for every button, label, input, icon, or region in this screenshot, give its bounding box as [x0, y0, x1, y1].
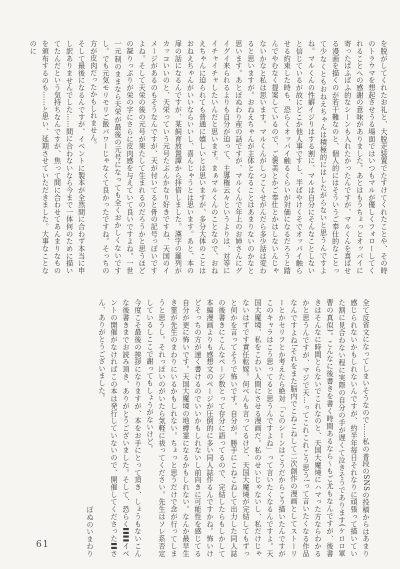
- author-signature: ぽぬのいまわり: [84, 299, 96, 557]
- afterword-paragraph: 今度こそ最後の挨拶になりますが、本をお手にとって頂き、しょうもないこんな後書きま…: [96, 299, 144, 557]
- afterword-paragraph: 全て反省文になってしまいそうなので……私の普段のSNSの投稿からはあまり感じられ…: [144, 299, 372, 557]
- afterword-lower-row: 全て反省文になってしまいそうなので……私の普段のSNSの投稿からはあまり感じられ…: [80, 299, 372, 557]
- page-number: 61: [36, 540, 49, 550]
- afterword-upper-row: を脱がしてくれたお礼と、大脱走装置でたすけてくれたことや、その時のトラウマを想起…: [45, 40, 390, 274]
- afterword-paragraph: を脱がしてくれたお礼と、大脱走装置でたすけてくれたことや、その時のトラウマを想起…: [88, 40, 390, 274]
- book-page: を脱がしてくれたお礼と、大脱走装置でたすけてくれたことや、その時のトラウマを想起…: [0, 0, 400, 569]
- afterword-paragraph: そして最後になるんですが、イベントに製本が全然間に合わず本当に申し訳ありませんで…: [27, 40, 87, 274]
